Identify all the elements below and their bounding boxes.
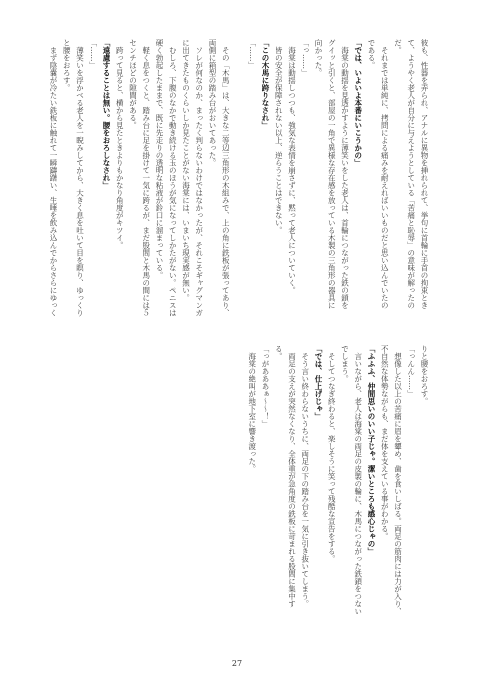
text-line: むしろ、下腹のなかで動き続ける玉のほうが気になってしかたがない。ペニスは [166,39,179,323]
dialogue-line: 「っんん……」 [405,345,418,629]
text-line: 言いながら、老人は海棠の両足の皮製の輪に、木馬につながった鉄鎖をつない [352,345,365,629]
text-line: そう言い終わらないうちに、両足の下の踏み台を一気に引き抜いてしまう。 [299,345,312,629]
dialogue-line: 「ふふふ、仲間思いのいい子じゃ。潔いところも感心じゃの」 [365,345,378,629]
text-line: それまでは単純に、拷問による痛みを耐えればいいものだと思い込んでいたの [378,39,391,323]
text-line: そしてつなぎ終わると、楽しそうに笑って残酷な宣告をする。 [325,345,338,629]
text-line: 薄笑いを浮かべる老人を一睨みしてから、大きく息を吐いて目を瞑り、ゆっくり [73,39,86,323]
dialogue-line: 「では、仕上げじゃ」 [312,345,325,629]
text-line: 向かった。 [312,39,325,323]
text-line: 海棠は動揺しつつも、強気な表情を崩さずに、黙って老人についていく。 [285,39,298,323]
text-line: 不自然な体勢ながらも、まだ体を支えている事がわかる。 [378,345,391,629]
dialogue-line: 「遠慮することは無い。腰をおろしなされ」 [100,39,113,323]
blank-line [232,39,245,323]
book-page: 彼も、性器を弄られ、アナルに異物を挿れられて、挙句に首輪に手首の拘束とき て、よ… [0,0,480,685]
text-line: て、ようやく老人が自分に与えようとしている「苦痛と恥辱」の意味が解ったの [405,39,418,323]
page-number: 27 [226,659,248,668]
lower-text-tier: りと腰をおろす。 「っんん……」 想像した以上の苦痛に眉を顰め、歯を食いしばる。… [246,345,432,629]
text-line: である。 [365,39,378,323]
text-line: 両足の支えが突然なくなり、全体重が急角度の鉄板に苛まれる股間に集中す [285,345,298,629]
text-line: まず陰嚢が冷たい鉄板に触れて一瞬躊躇い、生唾を飲み込んでからさらにゆっく [47,39,60,323]
text-line: ソレが何なのか、まったく判らないわけではなかったが、それこそギャグマンガ [193,39,206,323]
text-line: 硬く勃起したままで、既に先走りの透明な粘液が鈴口に溜まっている。 [153,39,166,323]
dialogue-line: 「……」 [246,39,259,323]
dialogue-line: 「この木馬に跨りなされ」 [259,39,272,323]
text-line: でしまう。 [338,345,351,629]
dialogue-line: 「っ……」 [299,39,312,323]
text-line: グイッと引くと、部屋の一角で異様な存在感を放っている木製の三角形の器具に [325,39,338,323]
text-line: 想像した以上の苦痛に眉を顰め、歯を食いしばる。両足の筋肉には力が入り、 [391,345,404,629]
dialogue-line: 「っがあああぁ〜〜！」 [259,345,272,629]
text-line: センチほどの隙間がある。 [126,39,139,323]
text-line: だ。 [391,39,404,323]
text-line: 海棠の動揺を見透かすように薄笑いをした老人は、首輪につながった鉄の鎖を [338,39,351,323]
text-line: 彼も、性器を弄られ、アナルに異物を挿れられて、挙句に首輪に手首の拘束とき [418,39,431,323]
text-line: 海棠の絶叫が地下室に響き渡った。 [246,345,259,629]
text-line: に出てきたものくらいしか見たことがない海棠には、いまいち現実感が無い。 [179,39,192,323]
text-line: 軽く息をつくと、踏み台に足を掛けて一気に跨るが、まだ股間と木馬の間には５ [140,39,153,323]
text-line: その「木馬」は、大きな二等辺三角形の木組みで、上の角に鉄板が張ってあり、 [219,39,232,323]
text-line: 跨って見ると、横から見たときよりもかなり角度がキツイ。 [113,39,126,323]
text-line: 皆の安全が保障されない以上、逆らうことはできない。 [272,39,285,323]
text-line: りと腰をおろす。 [418,345,431,629]
text-line: と腰をおろす。 [60,39,73,323]
upper-text-tier: 彼も、性器を弄られ、アナルに異物を挿れられて、挙句に首輪に手首の拘束とき て、よ… [47,39,431,323]
dialogue-line: 「……」 [87,39,100,323]
dialogue-line: 「では、いよいよ本番にいこうかの」 [352,39,365,323]
text-line: 両側に箱型の踏み台がおいてあった。 [206,39,219,323]
text-line: る。 [272,345,285,629]
